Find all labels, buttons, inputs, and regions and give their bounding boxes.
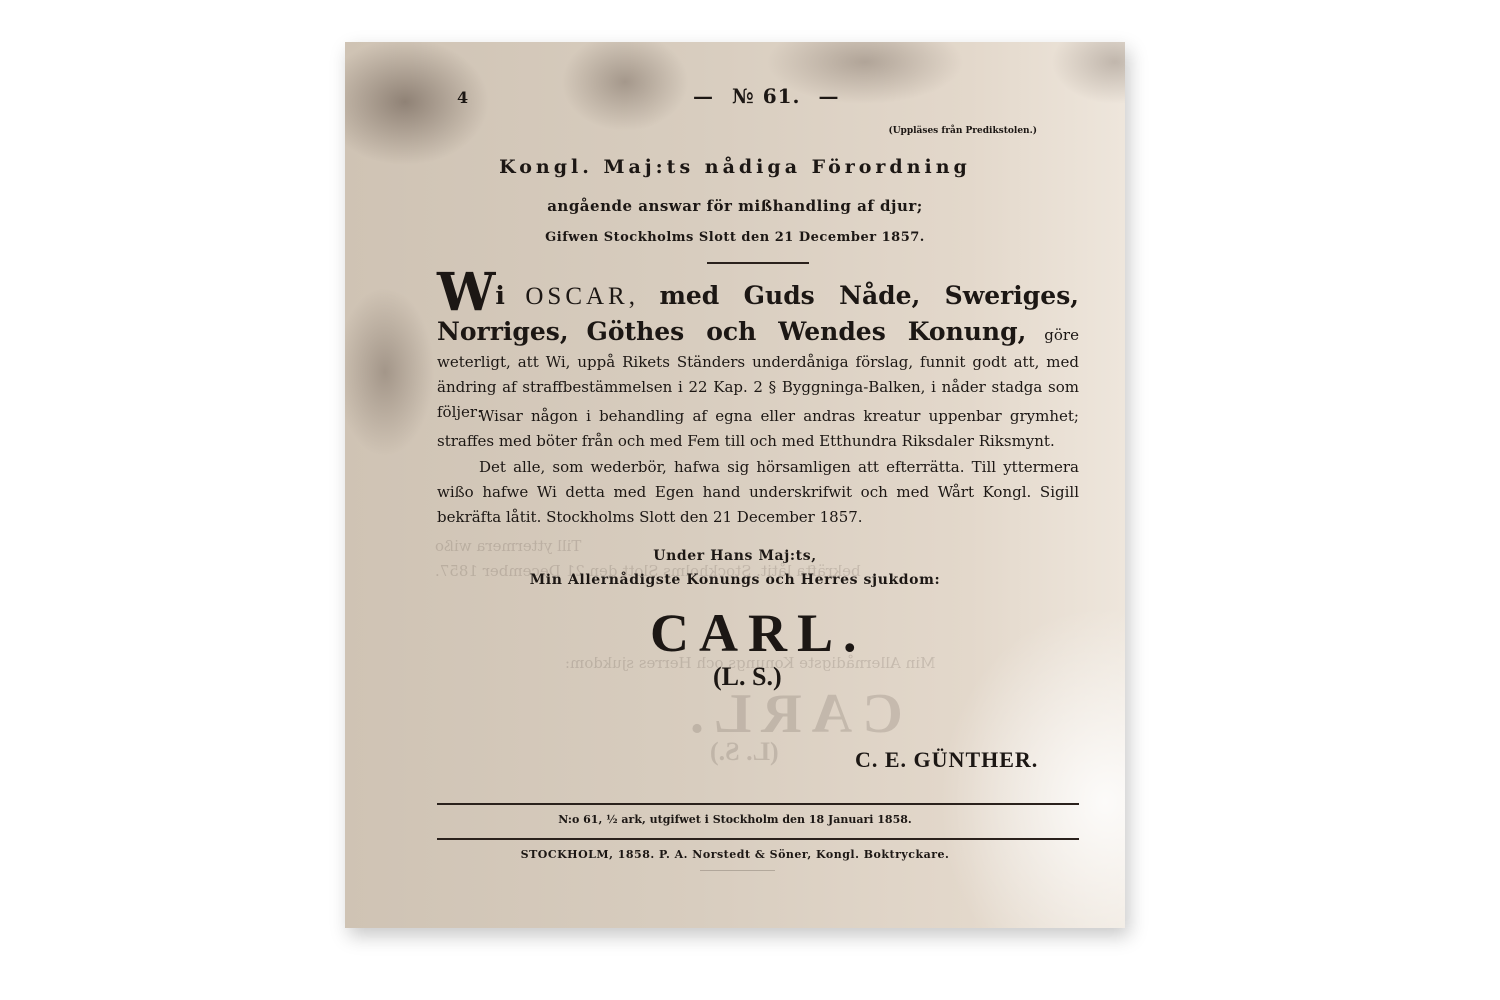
scanned-document-page: Till yttermera wißo bekräfta låtit. Stoc… <box>345 42 1125 928</box>
king-titles-2: Göthes och Wendes Konung, <box>587 317 1027 346</box>
reading-note: (Uppläses från Predikstolen.) <box>888 126 1037 136</box>
page-number: 4 <box>457 88 468 107</box>
drop-cap: W <box>437 262 495 323</box>
footer-rule-bottom <box>437 838 1079 840</box>
intro-lead: i <box>495 281 505 310</box>
royal-signature: CARL. <box>650 602 867 664</box>
printer-imprint: STOCKHOLM, 1858. P. A. Norstedt & Söner,… <box>345 848 1125 861</box>
dash-right: — <box>801 84 858 108</box>
given-date: Gifwen Stockholms Slott den 21 December … <box>345 230 1125 245</box>
issue-footer: N:o 61, ½ ark, utgifwet i Stockholm den … <box>345 813 1125 826</box>
issue-label: № 61. <box>732 84 801 108</box>
paragraph-closing: Det alle, som wederbör, hafwa sig hörsam… <box>437 455 1079 530</box>
issue-number: —№ 61.— <box>675 84 858 108</box>
countersignature: C. E. GÜNTHER. <box>855 747 1038 773</box>
intro-paragraph: Wi OSCAR, med Guds Nåde, Sweriges, Norri… <box>437 275 1079 425</box>
document-subtitle: angående answar för mißhandling af djur; <box>345 197 1125 215</box>
title-divider <box>707 262 809 264</box>
dash-left: — <box>675 84 732 108</box>
document-title: Kongl. Maj:ts nådiga Förordning <box>345 156 1125 178</box>
signature-preamble-2: Min Allernådigste Konungs och Herres sju… <box>345 572 1125 588</box>
bleed-through-seal: (L. S.) <box>710 737 779 767</box>
faint-rule <box>700 870 775 871</box>
footer-rule-top <box>437 803 1079 805</box>
paragraph-penalty: Wisar någon i behandling af egna eller a… <box>437 404 1079 454</box>
king-name: OSCAR, <box>525 283 639 310</box>
signature-preamble-1: Under Hans Maj:ts, <box>345 548 1125 564</box>
paragraph-text: Wisar någon i behandling af egna eller a… <box>437 404 1079 454</box>
seal-mark: (L. S.) <box>713 662 782 692</box>
paragraph-text: Det alle, som wederbör, hafwa sig hörsam… <box>437 455 1079 530</box>
